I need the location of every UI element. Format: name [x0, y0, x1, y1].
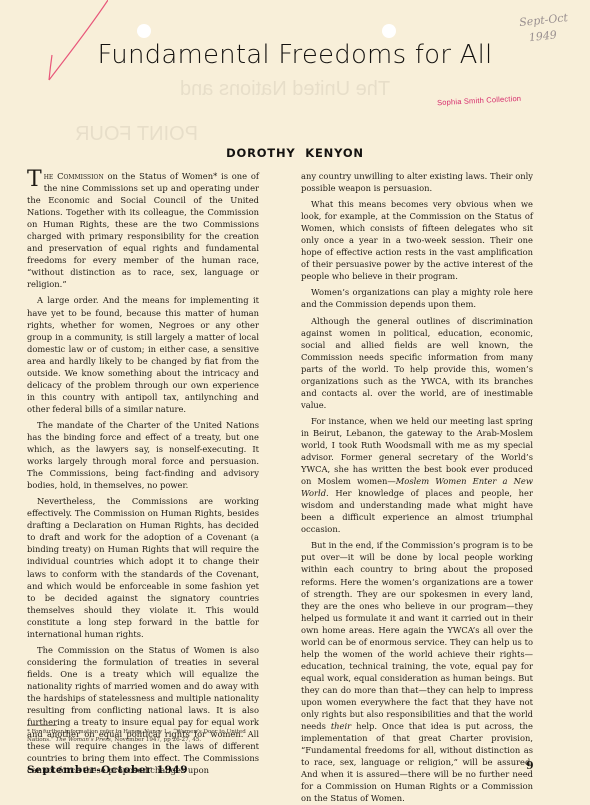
drop-cap: T: [27, 171, 42, 189]
paragraph: But in the end, if the Commission’s prog…: [301, 539, 533, 804]
paragraph: Nevertheless, the Commissions are workin…: [27, 495, 259, 640]
author-byline: DOROTHY KENYON: [0, 146, 590, 160]
lead-smallcaps: he Commission: [44, 171, 104, 181]
article-title: Fundamental Freedoms for All: [0, 40, 590, 70]
paragraph-text: on the Status of Women* is one of the ni…: [27, 171, 259, 289]
paragraph: What this means becomes very obvious whe…: [301, 198, 533, 282]
footnote: * For further information refer to Haney…: [27, 728, 259, 744]
paragraph-text: But in the end, if the Commission’s prog…: [301, 540, 533, 731]
paragraph: The Commission on the Status of Women* i…: [27, 170, 259, 290]
paragraph: The mandate of the Charter of the United…: [27, 419, 259, 491]
paragraph-text: Her knowledge of places and people, her …: [301, 488, 533, 534]
paragraph: any country unwilling to alter existing …: [301, 170, 533, 194]
left-column: The Commission on the Status of Women* i…: [27, 170, 259, 780]
paragraph-text: help. Once that idea is put across, the …: [301, 721, 533, 803]
footnote-publication: The Woman’s Press,: [56, 737, 113, 743]
show-through-text-1: The United Nations and: [180, 78, 390, 101]
magazine-page: Sept-Oct 1949 The United Nations and POI…: [0, 0, 590, 805]
page-number: 9: [526, 759, 534, 772]
issue-date: September-October 1949: [27, 764, 188, 776]
paragraph: For instance, when we held our meeting l…: [301, 415, 533, 535]
paragraph: Although the general outlines of discrim…: [301, 315, 533, 411]
punch-hole-left: [137, 24, 151, 38]
paragraph: Women’s organizations can play a mighty …: [301, 286, 533, 310]
emphasis: their: [331, 721, 351, 731]
paragraph: A large order. And the means for impleme…: [27, 294, 259, 414]
paragraph: The Commission on the Status of Women is…: [27, 644, 259, 777]
punch-hole-right: [382, 24, 396, 38]
footnote-divider: [27, 725, 57, 726]
show-through-text-2: POINT FOUR: [75, 123, 198, 146]
archive-stamp: Sophia Smith Collection: [437, 94, 522, 107]
footnote-text: November 1947, pp 26-27, 45.: [113, 737, 201, 743]
right-column: any country unwilling to alter existing …: [301, 170, 533, 805]
